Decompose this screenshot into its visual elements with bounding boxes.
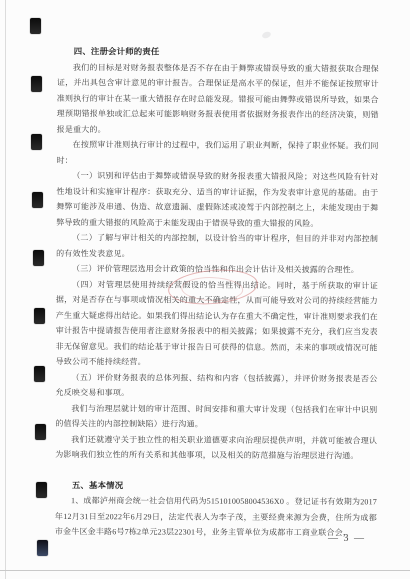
section-5-heading: 五、基本情况 xyxy=(55,477,377,494)
paragraph-item-2: （二）了解与审计相关的内部控制，以设计恰当的审计程序，但目的并非对内部控制的有效… xyxy=(56,230,378,262)
paragraph-item-5: （五）评价财务报表的总体列报、结构和内容（包括披露），并评价财务报表是否公允反映… xyxy=(55,369,377,401)
page-edge-line-bottom xyxy=(0,570,410,571)
paragraph-communication: 我们与治理层就计划的审计范围、时间安排和重大审计发现（包括我们在审计中识别的值得… xyxy=(55,400,377,432)
document-text-block: 四、注册会计师的责任 我们的目标是对财务报表整体是否不存在由于舞弊或错误导致的重… xyxy=(55,44,379,541)
binding-hole-mark xyxy=(31,134,42,150)
paragraph-objective: 我们的目标是对财务报表整体是否不存在由于舞弊或错误导致的重大错报获取合理保证，并… xyxy=(57,59,379,138)
binding-hole-mark xyxy=(35,424,46,440)
binding-hole-mark xyxy=(30,18,41,34)
binding-hole-mark xyxy=(34,308,45,324)
binding-hole-mark xyxy=(34,366,45,382)
binding-hole-mark xyxy=(32,192,43,208)
binding-hole-mark xyxy=(37,540,48,556)
paragraph-item-3: （三）评价管理层选用会计政策的恰当性和作出会计估计及相关披露的合理性。 xyxy=(56,261,378,278)
binding-hole-mark xyxy=(36,482,47,498)
scan-smudge xyxy=(261,31,272,40)
paragraph-item-4: （四）对管理层使用持续经营假设的恰当性得出结论。同时，基于所获取的审计证据，对是… xyxy=(56,276,378,370)
binding-hole-mark xyxy=(33,250,44,266)
section-4-heading: 四、注册会计师的责任 xyxy=(57,44,379,61)
page-edge-line-left xyxy=(5,0,6,579)
paragraph-process-intro: 在按照审计准则执行审计的过程中，我们运用了职业判断，保持了职业怀疑。我们同时： xyxy=(56,137,378,169)
paragraph-item-1: （一）识别和评估由于舞弊或错误导致的财务报表重大错报风险；对这些风险有针对性地设… xyxy=(56,168,378,231)
binding-hole-mark xyxy=(31,76,42,92)
scanned-document-page: 四、注册会计师的责任 我们的目标是对财务报表整体是否不存在由于舞弊或错误导致的重… xyxy=(0,0,410,579)
page-number: — 3 — xyxy=(328,533,366,544)
section-spacer xyxy=(55,462,377,478)
paragraph-independence: 我们还就遵守关于独立性的相关职业道德要求向治理层提供声明，并就可能被合理认为影响… xyxy=(55,431,377,463)
